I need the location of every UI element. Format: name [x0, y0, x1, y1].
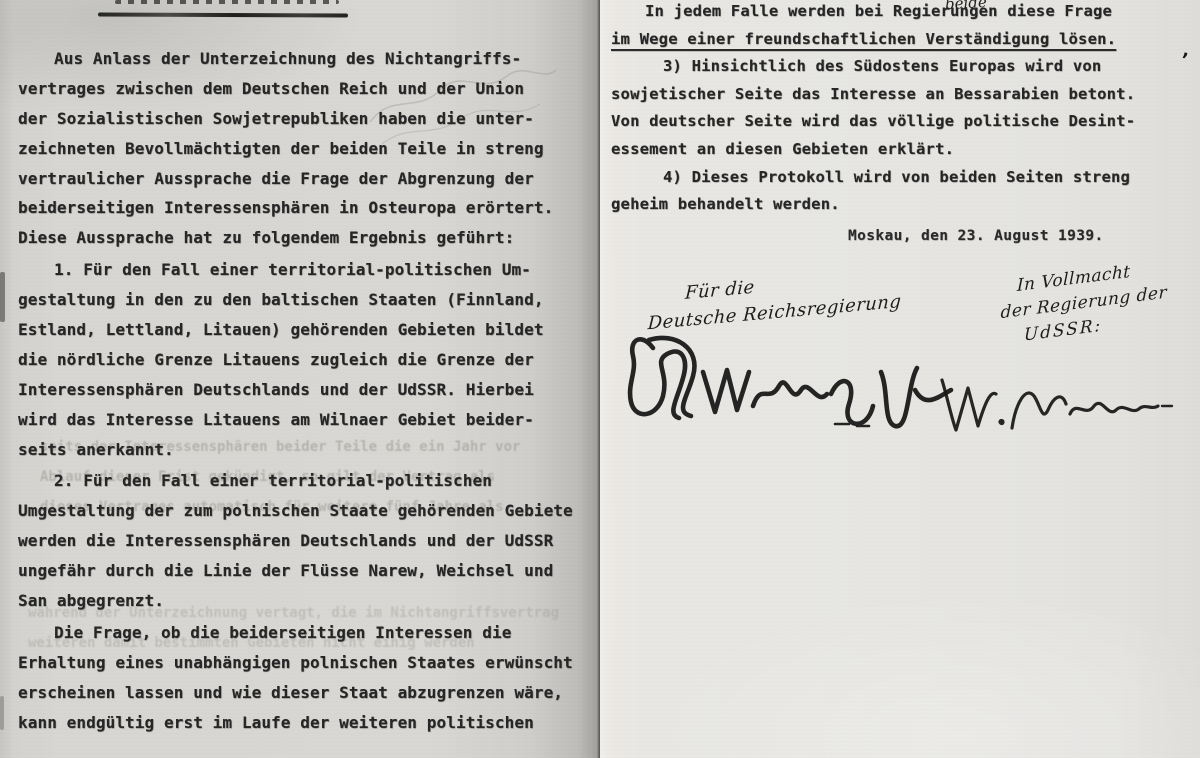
typed-line: essement an diesen Gebieten erklärt.: [611, 140, 1191, 168]
typed-line: wird das Interesse Litauens am Wilnaer G…: [18, 410, 586, 440]
typed-line: 2. Für den Fall einer territorial-politi…: [18, 471, 586, 501]
typed-line: zeichneten Bevollmächtigten der beiden T…: [18, 139, 586, 169]
typed-line: San abgegrenzt.: [18, 591, 586, 621]
typed-line: Die Frage, ob die beiderseitigen Interes…: [18, 623, 586, 653]
document-photo: seits der Interessensphären beider Teile…: [0, 0, 1200, 758]
typed-line: beiderseitigen Interessensphären in Oste…: [18, 198, 586, 228]
typed-line: werden die Interessensphären Deutschland…: [18, 531, 586, 561]
protocol-body-text: Aus Anlass der Unterzeichnung des Nichta…: [18, 47, 586, 742]
typed-line: In jedem Falle werden bei Regierungen di…: [611, 2, 1191, 30]
typed-line: vertraulicher Aussprache die Frage der A…: [18, 169, 586, 199]
protocol-clauses-text: In jedem Falle werden bei Regierungen di…: [611, 2, 1191, 223]
molotov-signature: [934, 352, 1174, 452]
typed-line: Umgestaltung der zum polnischen Staate g…: [18, 501, 586, 531]
page-edge-mark: [0, 696, 4, 730]
typed-line: sowjetischer Seite das Interesse an Bess…: [611, 85, 1191, 113]
typed-line: kann endgültig erst im Laufe der weitere…: [18, 713, 586, 743]
typed-line: erscheinen lassen und wie dieser Staat a…: [18, 683, 586, 713]
typed-line: ungefähr durch die Linie der Flüsse Nare…: [18, 561, 586, 591]
typed-line: Interessensphären Deutschlands und der U…: [18, 380, 586, 410]
typed-line: 1. Für den Fall einer territorial-politi…: [18, 260, 586, 290]
typed-line: Diese Aussprache hat zu folgendem Ergebn…: [18, 228, 586, 258]
cut-off-heading-remnant: [115, 0, 339, 4]
typed-line: 4) Dieses Protokoll wird von beiden Seit…: [611, 168, 1191, 196]
typed-line: Erhaltung eines unabhängigen polnischen …: [18, 653, 586, 683]
typed-line: geheim behandelt werden.: [611, 195, 1191, 223]
typed-line: die nördliche Grenze Litauens zugleich d…: [18, 350, 586, 380]
typed-line: Von deutscher Seite wird das völlige pol…: [611, 112, 1191, 140]
dateline: Moskau, den 23. August 1939.: [848, 228, 1104, 244]
ribbentrop-signature: [623, 314, 958, 434]
typed-line: Aus Anlass der Unterzeichnung des Nichta…: [18, 49, 586, 79]
heading-underline: [98, 12, 348, 17]
typed-line: seits anerkannt.: [18, 440, 586, 470]
typed-line: 3) Hinsichtlich des Südostens Europas wi…: [611, 57, 1191, 85]
left-page: seits der Interessensphären beider Teile…: [0, 0, 600, 758]
typed-line: der Sozialistischen Sowjetrepubliken hab…: [18, 109, 586, 139]
typed-line: im Wege einer freundschaftlichen Verstän…: [611, 30, 1191, 58]
typed-line: vertrages zwischen dem Deutschen Reich u…: [18, 79, 586, 109]
typed-line: gestaltung in den zu den baltischen Staa…: [18, 290, 586, 320]
typed-line: Estland, Lettland, Litauen) gehörenden G…: [18, 320, 586, 350]
handwritten-correction: beide: [945, 0, 988, 13]
page-edge-mark: [0, 272, 5, 322]
